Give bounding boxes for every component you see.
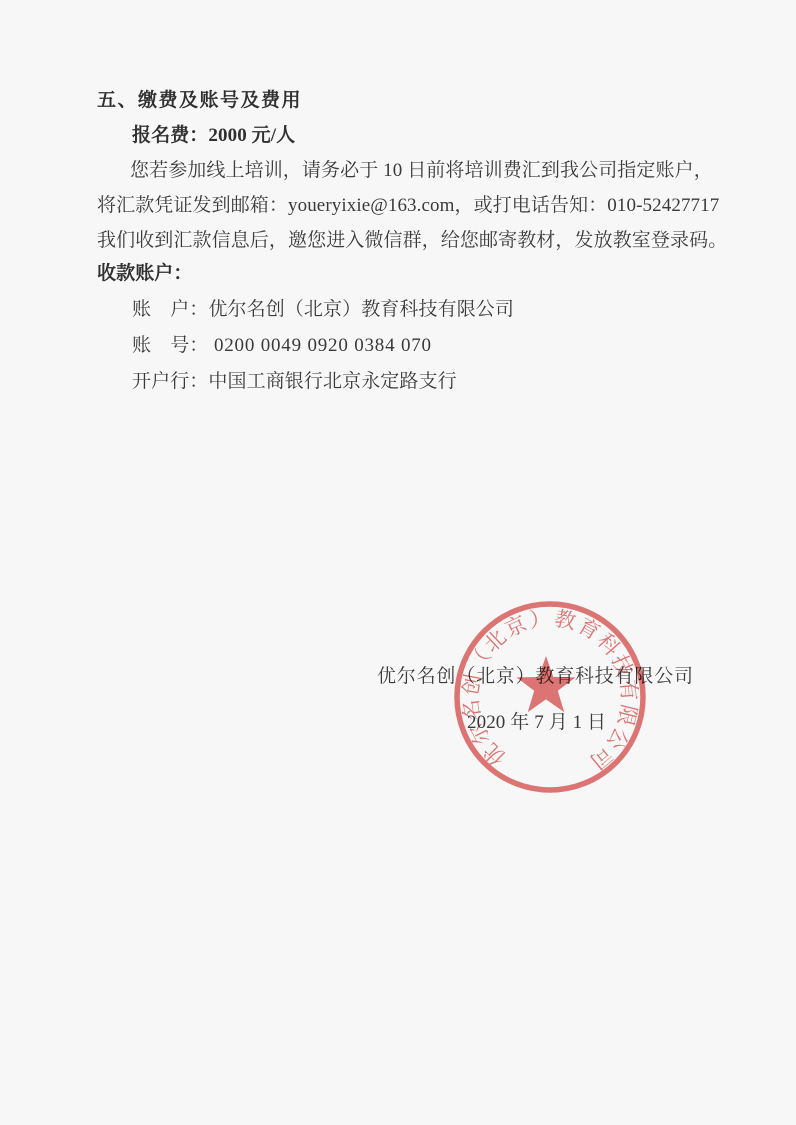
company-seal: 优尔名创（北京）教育科技有限公司 [446,593,654,801]
bank-branch-label: 开户行： [132,371,208,392]
account-holder-label: 账 户： [132,299,208,320]
paragraph-line-1: 您若参加线上培训，请务必于 10 日前将培训费汇到我公司指定账户， [130,161,713,180]
seal-text: 优尔名创（北京）教育科技有限公司 [458,606,641,775]
paragraph-line-3: 我们收到汇款信息后，邀您进入微信群，给您邮寄教材，发放教室登录码。 [97,231,727,250]
bank-branch-value: 中国工商银行北京永定路支行 [208,371,456,392]
bank-branch-row: 开户行：中国工商银行北京永定路支行 [132,372,457,391]
fee-line: 报名费：2000 元/人 [132,126,295,145]
signature-date: 2020 年 7 月 1 日 [467,713,606,732]
account-number-row: 账 号： 0200 0049 0920 0384 070 [132,336,432,355]
account-heading: 收款账户： [97,264,193,283]
account-number-label: 账 号： [132,335,208,356]
section-heading: 五、缴费及账号及费用 [97,91,302,110]
seal-ring [457,604,643,790]
paragraph-line-2: 将汇款凭证发到邮箱：youeryixie@163.com，或打电话告知：010-… [97,196,719,215]
account-holder-row: 账 户：优尔名创（北京）教育科技有限公司 [132,300,514,319]
account-holder-value: 优尔名创（北京）教育科技有限公司 [208,299,514,320]
signature-company: 优尔名创（北京）教育科技有限公司 [377,667,694,686]
fee-value: 2000 元/人 [208,125,295,146]
fee-label: 报名费： [132,125,208,146]
account-number-value: 0200 0049 0920 0384 070 [208,335,431,356]
document-page: 五、缴费及账号及费用 报名费：2000 元/人 您若参加线上培训，请务必于 10… [0,0,796,1125]
